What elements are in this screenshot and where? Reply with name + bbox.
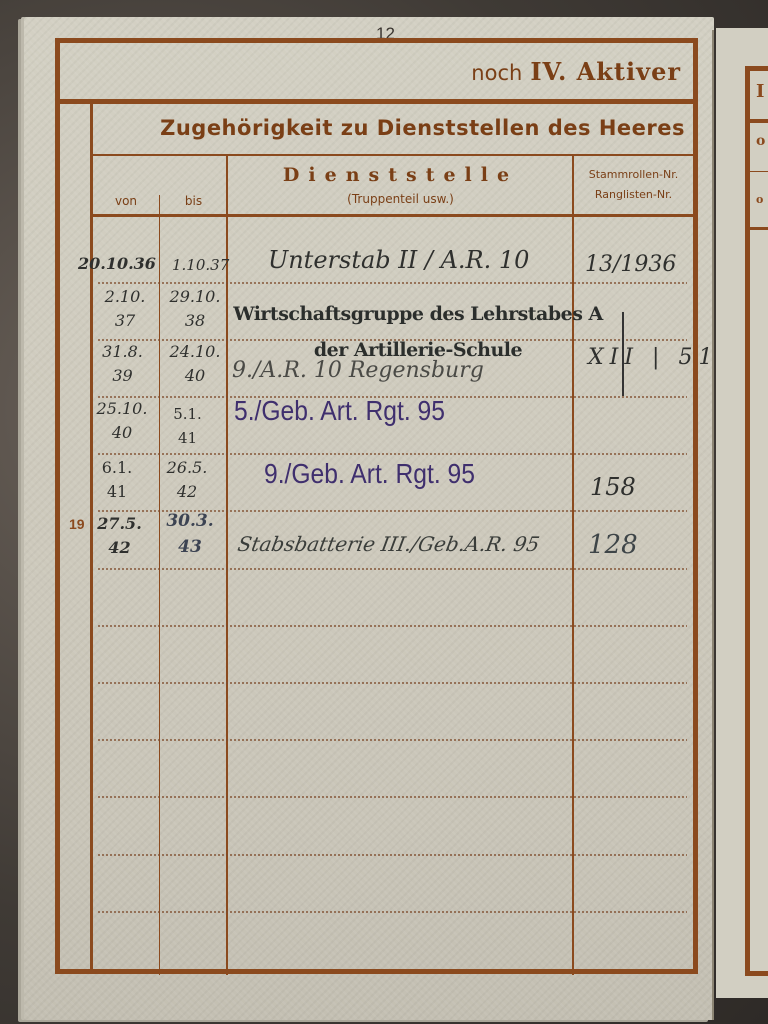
entry-2-von: 2.10. 37	[100, 285, 150, 333]
right-page-col-fragment-1: o	[756, 133, 765, 149]
entry-2-nr-divider	[622, 312, 624, 396]
entry-5-nr: 158	[590, 473, 636, 501]
entry-5-bis: 26.5. 42	[162, 456, 212, 504]
entry-5-von: 6.1. 41	[92, 456, 142, 504]
entry-3-bis: 24.10. 40	[165, 340, 225, 388]
right-page-title-fragment: I	[756, 81, 764, 102]
form-subtitle: Zugehörigkeit zu Dienststellen des Heere…	[160, 116, 685, 140]
column-header-bis: bis	[160, 156, 227, 214]
entry-3-von: 31.8. 39	[95, 340, 150, 388]
right-page-frame-fragment: I o o	[745, 66, 768, 976]
column-header-dienststelle: Dienststelle (Truppenteil usw.)	[229, 156, 572, 214]
margin-number: 19	[69, 516, 85, 532]
entry-6-dienststelle: Stabsbatterie III./Geb.A.R. 95	[236, 532, 542, 556]
book-gutter	[712, 30, 714, 1020]
entry-1-von: 20.10.36	[78, 254, 156, 273]
entry-1-bis: 1.10.37	[172, 256, 229, 274]
column-header-stammrollen: Stammrollen-Nr. Ranglisten-Nr.	[574, 156, 693, 214]
entry-6-bis: 30.3. 43	[160, 508, 220, 560]
entry-4-von: 25.10. 40	[92, 397, 152, 445]
entry-6-von: 27.5. 42	[92, 512, 147, 560]
entry-6-nr: 128	[588, 530, 638, 560]
section-title: nochIV. Aktiver	[471, 57, 681, 86]
section-title-main: IV. Aktiver	[530, 57, 681, 86]
entry-4-bis: 5.1. 41	[165, 402, 210, 450]
section-title-band: nochIV. Aktiver	[60, 43, 693, 104]
entry-4-dienststelle-stamp: 5./Geb. Art. Rgt. 95	[234, 395, 445, 427]
entry-2-bis: 29.10. 38	[165, 285, 225, 333]
entry-3-dienststelle: 9./A.R. 10 Regensburg	[232, 358, 484, 383]
section-title-prefix: noch	[471, 61, 522, 85]
right-page-col-fragment-2: o	[756, 193, 763, 206]
column-header-von: von	[93, 156, 159, 214]
entry-5-dienststelle-stamp: 9./Geb. Art. Rgt. 95	[264, 458, 475, 490]
form-subtitle-band: Zugehörigkeit zu Dienststellen des Heere…	[93, 104, 693, 156]
entry-1-nr: 13/1936	[585, 252, 676, 277]
entry-2-nr: XII | 51	[588, 345, 718, 370]
form-frame: nochIV. Aktiver 19 Zugehörigkeit zu Dien…	[55, 38, 698, 974]
entry-1-dienststelle: Unterstab II / A.R. 10	[268, 246, 529, 274]
table-header: von bis Dienststelle (Truppenteil usw.) …	[93, 156, 693, 217]
